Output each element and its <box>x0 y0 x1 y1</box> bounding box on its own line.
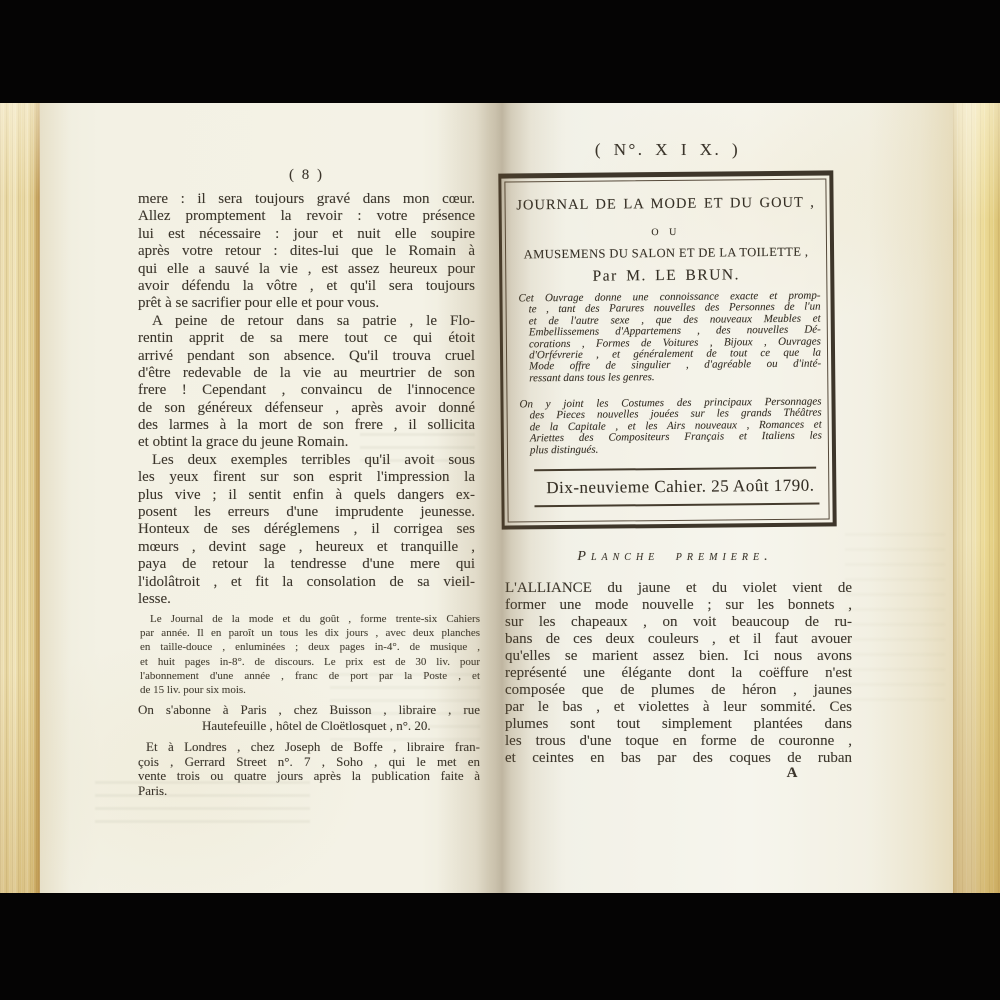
text-line: lesse. <box>138 591 475 608</box>
text-line: Le Journal de la mode et du goût , forme… <box>140 612 480 626</box>
text-line: prêt à se sacrifier pour elle et pour vo… <box>138 295 475 312</box>
subscription-paris: On s'abonne à Paris , chez Buisson , lib… <box>138 702 480 734</box>
text-line: rentin apprit de sa mere tout ce qui éto… <box>138 330 475 347</box>
signature-mark: A <box>772 765 812 782</box>
text-line: l'idolâtroit , et fit la consolation de … <box>138 574 475 591</box>
text-line: mœurs , devint sage , heureux et tranqui… <box>138 539 475 556</box>
text-line: paya de retour la tendresse d'une mere q… <box>138 556 475 573</box>
right-page-shading <box>868 103 953 893</box>
open-book: ( 8 ) mere : il sera toujours gravé dans… <box>0 103 1000 893</box>
text-line: Et à Londres , chez Joseph de Boffe , li… <box>138 740 480 755</box>
right-fore-edge <box>953 103 1000 893</box>
text-line: Allez promptement la revoir : votre prés… <box>138 208 475 225</box>
text-line: les yeux firent sur son esprit l'impress… <box>138 469 475 486</box>
text-line: par année. Il en paroît un tous les dix … <box>140 626 480 640</box>
page-number: ( 8 ) <box>138 167 475 184</box>
body-paragraph: Les deux exemples terribles qu'il avoit … <box>138 452 475 609</box>
text-line: et obtint la grace du jeune Romain. <box>138 434 475 451</box>
text-line: On s'abonne à Paris , chez Buisson , lib… <box>138 702 480 718</box>
issue-date-line: Dix-neuvieme Cahier. 25 Août 1790. <box>546 476 816 499</box>
text-line: Honteux de ses déréglemens , il corrigea… <box>138 521 475 538</box>
text-line: des larmes à la mort de son frere , il s… <box>138 417 475 434</box>
text-line: de son généreux défenseur , après avoir … <box>138 400 475 417</box>
text-line: de 15 liv. pour six mois. <box>140 683 480 697</box>
text-line: çois , Gerrard Street n°. 7 , Soho , qui… <box>138 755 480 770</box>
text-line: Paris. <box>138 784 480 799</box>
book-photograph: ( 8 ) mere : il sera toujours gravé dans… <box>0 0 1000 1000</box>
text-line: et huit pages in-8°. de discours. Le pri… <box>140 655 480 669</box>
text-line: avoir défendu la vôtre , et qu'il sera t… <box>138 278 475 295</box>
text-line: mere : il sera toujours gravé dans mon c… <box>138 191 475 208</box>
text-line: arrivé pendant son absence. Qu'il trouva… <box>138 348 475 365</box>
text-line: Les deux exemples terribles qu'il avoit … <box>138 452 475 469</box>
text-line: qui elle a sauvé la vie , est assez heur… <box>138 261 475 278</box>
subscription-london: Et à Londres , chez Joseph de Boffe , li… <box>138 740 480 798</box>
bleedthrough-smudge <box>845 533 945 713</box>
text-line: vente trois ou quatre jours après la pub… <box>138 769 480 784</box>
body-paragraph: mere : il sera toujours gravé dans mon c… <box>138 191 475 313</box>
text-line: plus vive ; il sentit enfin à quels dang… <box>138 487 475 504</box>
text-line: l'abonnement d'une année , franc de port… <box>140 669 480 683</box>
text-line: après votre retour : dites-lui que le Ro… <box>138 243 475 260</box>
body-paragraph: A peine de retour dans sa patrie , le Fl… <box>138 313 475 452</box>
left-page-shading <box>40 103 70 893</box>
text-line: d'être redevable de la vie au meurtrier … <box>138 365 475 382</box>
text-line: posent les erreurs d'une imprudente jeun… <box>138 504 475 521</box>
text-line: lui est nécessaire : jour et nuit elle s… <box>138 226 475 243</box>
left-page-body: mere : il sera toujours gravé dans mon c… <box>138 191 475 608</box>
left-fore-edge <box>0 103 40 893</box>
text-line: A peine de retour dans sa patrie , le Fl… <box>138 313 475 330</box>
text-line: frere ! Cependant , convaincu de l'innoc… <box>138 382 475 399</box>
gutter-shadow <box>437 103 567 893</box>
text-line: Hautefeuille , hôtel de Cloëtlosquet , n… <box>138 718 480 734</box>
prospectus-note: Le Journal de la mode et du goût , forme… <box>140 612 480 697</box>
text-line: en taille-douce , enluminées ; deux page… <box>140 640 480 654</box>
